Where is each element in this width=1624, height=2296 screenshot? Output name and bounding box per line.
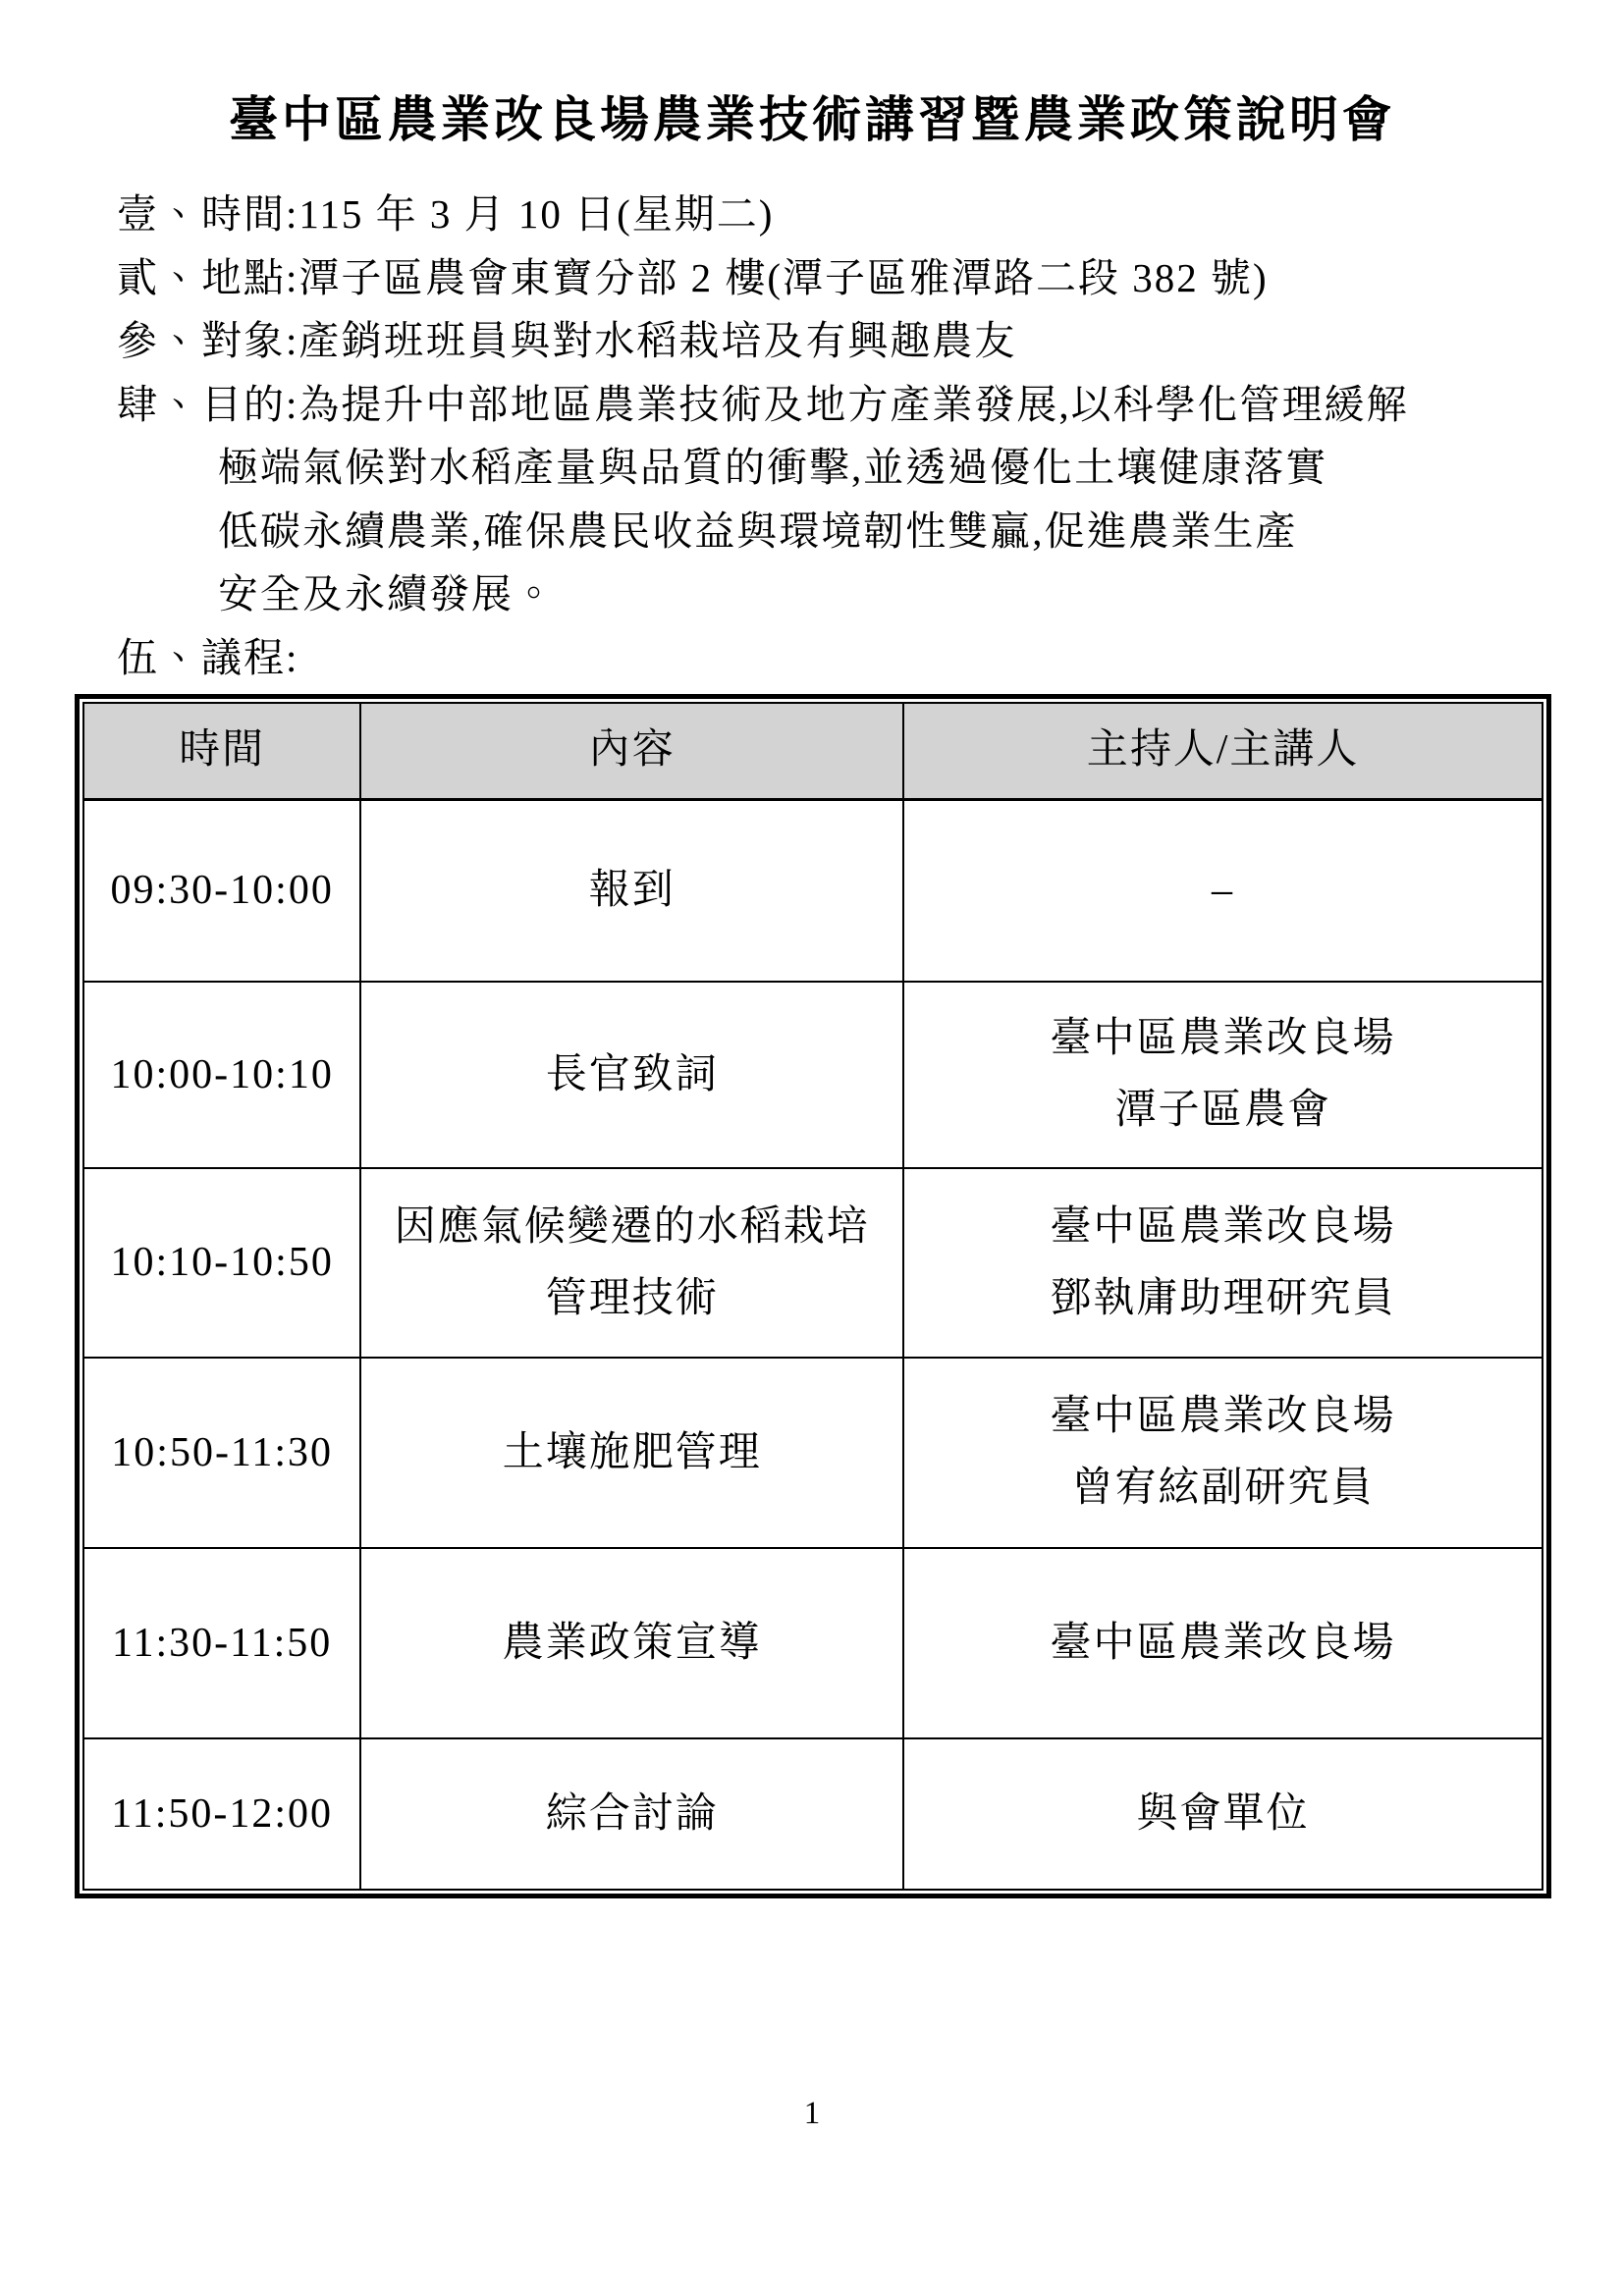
cell-time: 09:30-10:00 bbox=[83, 799, 360, 982]
table-row: 10:00-10:10 長官致詞 臺中區農業改良場 潭子區農會 bbox=[83, 982, 1543, 1168]
cell-host: 臺中區農業改良場 bbox=[903, 1548, 1543, 1738]
cell-host: – bbox=[903, 799, 1543, 982]
cell-time: 11:30-11:50 bbox=[83, 1548, 360, 1738]
col-header-time: 時間 bbox=[83, 703, 360, 799]
cell-content: 長官致詞 bbox=[360, 982, 903, 1168]
cell-time: 11:50-12:00 bbox=[83, 1738, 360, 1890]
cell-content: 綜合討論 bbox=[360, 1738, 903, 1890]
intro-section: 壹、時間:115 年 3 月 10 日(星期二) 貳、地點:潭子區農會東寶分部 … bbox=[117, 183, 1516, 689]
table-row: 11:30-11:50 農業政策宣導 臺中區農業改良場 bbox=[83, 1548, 1543, 1738]
table-row: 10:50-11:30 土壤施肥管理 臺中區農業改良場 曾宥絃副研究員 bbox=[83, 1358, 1543, 1548]
col-header-host: 主持人/主講人 bbox=[903, 703, 1543, 799]
table-row: 10:10-10:50 因應氣候變遷的水稻栽培 管理技術 臺中區農業改良場 鄧執… bbox=[83, 1168, 1543, 1358]
cell-time: 10:00-10:10 bbox=[83, 982, 360, 1168]
cell-time: 10:50-11:30 bbox=[83, 1358, 360, 1548]
intro-line-agenda-heading: 伍、議程: bbox=[117, 626, 1516, 690]
cell-host: 臺中區農業改良場 潭子區農會 bbox=[903, 982, 1543, 1168]
intro-line-place: 貳、地點:潭子區農會東寶分部 2 樓(潭子區雅潭路二段 382 號) bbox=[117, 246, 1516, 310]
document-page: 臺中區農業改良場農業技術講習暨農業政策說明會 壹、時間:115 年 3 月 10… bbox=[0, 0, 1624, 2296]
cell-content: 土壤施肥管理 bbox=[360, 1358, 903, 1548]
intro-line-purpose-cont: 極端氣候對水稻產量與品質的衝擊,並透過優化土壤健康落實 bbox=[117, 436, 1516, 500]
cell-content: 農業政策宣導 bbox=[360, 1548, 903, 1738]
cell-host: 臺中區農業改良場 曾宥絃副研究員 bbox=[903, 1358, 1543, 1548]
intro-line-purpose-cont: 安全及永續發展。 bbox=[117, 562, 1516, 626]
cell-host: 與會單位 bbox=[903, 1738, 1543, 1890]
cell-time: 10:10-10:50 bbox=[83, 1168, 360, 1358]
cell-content: 報到 bbox=[360, 799, 903, 982]
document-title: 臺中區農業改良場農業技術講習暨農業政策說明會 bbox=[0, 90, 1624, 149]
intro-line-purpose-cont: 低碳永續農業,確保農民收益與環境韌性雙贏,促進農業生產 bbox=[117, 500, 1516, 563]
table-row: 11:50-12:00 綜合討論 與會單位 bbox=[83, 1738, 1543, 1890]
intro-line-audience: 參、對象:產銷班班員與對水稻栽培及有興趣農友 bbox=[117, 309, 1516, 373]
intro-line-time: 壹、時間:115 年 3 月 10 日(星期二) bbox=[117, 183, 1516, 246]
cell-content: 因應氣候變遷的水稻栽培 管理技術 bbox=[360, 1168, 903, 1358]
col-header-content: 內容 bbox=[360, 703, 903, 799]
table-row: 09:30-10:00 報到 – bbox=[83, 799, 1543, 982]
page-number: 1 bbox=[0, 2096, 1624, 2132]
intro-line-purpose: 肆、目的:為提升中部地區農業技術及地方產業發展,以科學化管理緩解 bbox=[117, 373, 1516, 437]
cell-host: 臺中區農業改良場 鄧執庸助理研究員 bbox=[903, 1168, 1543, 1358]
table-header-row: 時間 內容 主持人/主講人 bbox=[83, 703, 1543, 799]
agenda-table: 時間 內容 主持人/主講人 09:30-10:00 報到 – 10:00-10:… bbox=[75, 694, 1551, 1898]
